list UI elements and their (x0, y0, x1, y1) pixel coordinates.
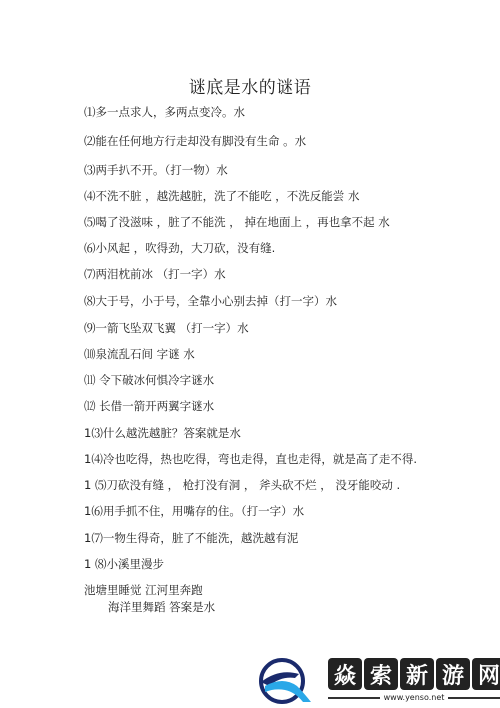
riddle-line: ⑽泉流乱石间 字谜 水 (84, 346, 195, 362)
riddle-line: 1⑶什么越洗越脏？答案就是水 (84, 425, 241, 441)
riddle-line: ⑷不洗不脏 ，越洗越脏，洗了不能吃 ，不洗反能尝 水 (84, 188, 359, 204)
riddle-line: 1 ⑸刀砍没有缝 ， 枪打没有洞 ， 斧头砍不烂 ， 没牙能咬动 . (84, 477, 400, 493)
brand-char: 新 (400, 658, 434, 690)
riddle-line: ⑺两泪枕前冰 （打一字）水 (84, 266, 226, 282)
riddle-line: 1⑹用手抓不住，用嘴存的住。（打一字）水 (84, 503, 304, 519)
watermark-url: www.yenso.net (384, 693, 445, 702)
riddle-line: 1⑷冷也吃得，热也吃得，弯也走得，直也走得，就是高了走不得. (84, 451, 417, 467)
brand-char: 焱 (328, 658, 362, 690)
riddle-line: 池塘里睡觉 江河里奔跑 (84, 582, 203, 598)
divider (448, 697, 500, 699)
riddle-line: ⑸喝了没滋味 ，脏了不能洗 ， 掉在地面上 ，再也拿不起 水 (84, 214, 390, 230)
riddle-line: ⑾ 令下破冰何惧冷字谜水 (84, 372, 214, 388)
divider (328, 697, 380, 699)
page-title: 谜底是水的谜语 (0, 73, 500, 98)
riddle-line: ⑿ 长借一箭开两翼字谜水 (84, 398, 214, 414)
riddle-line: 海洋里舞蹈 答案是水 (108, 599, 215, 615)
riddle-line: ⑵能在任何地方行走却没有脚没有生命 。水 (84, 133, 306, 149)
riddle-line: ⑴多一点求人，多两点变冷。水 (84, 104, 245, 120)
riddle-line: 1⑺一物生得奇，脏了不能洗，越洗越有泥 (84, 530, 298, 546)
brand-char: 游 (436, 658, 470, 690)
riddle-line: 1 ⑻小溪里漫步 (84, 556, 164, 572)
wave-circle-logo-icon (255, 656, 313, 706)
brand-char: 索 (364, 658, 398, 690)
watermark-url-row: www.yenso.net (328, 693, 500, 702)
riddle-line: ⑶两手扒不开。（打一物）水 (84, 162, 228, 178)
watermark-logo: 焱 索 新 游 网 www.yenso.net (250, 648, 500, 708)
riddle-line: ⑼一箭飞坠双飞翼 （打一字）水 (84, 320, 249, 336)
riddle-line: ⑻大于号，小于号，全靠小心别去掉（打一字）水 (84, 293, 337, 309)
riddle-line: ⑹小风起 ，吹得劲，大刀砍，没有缝. (84, 240, 275, 256)
brand-char: 网 (472, 658, 500, 690)
watermark-brand: 焱 索 新 游 网 (328, 658, 500, 690)
